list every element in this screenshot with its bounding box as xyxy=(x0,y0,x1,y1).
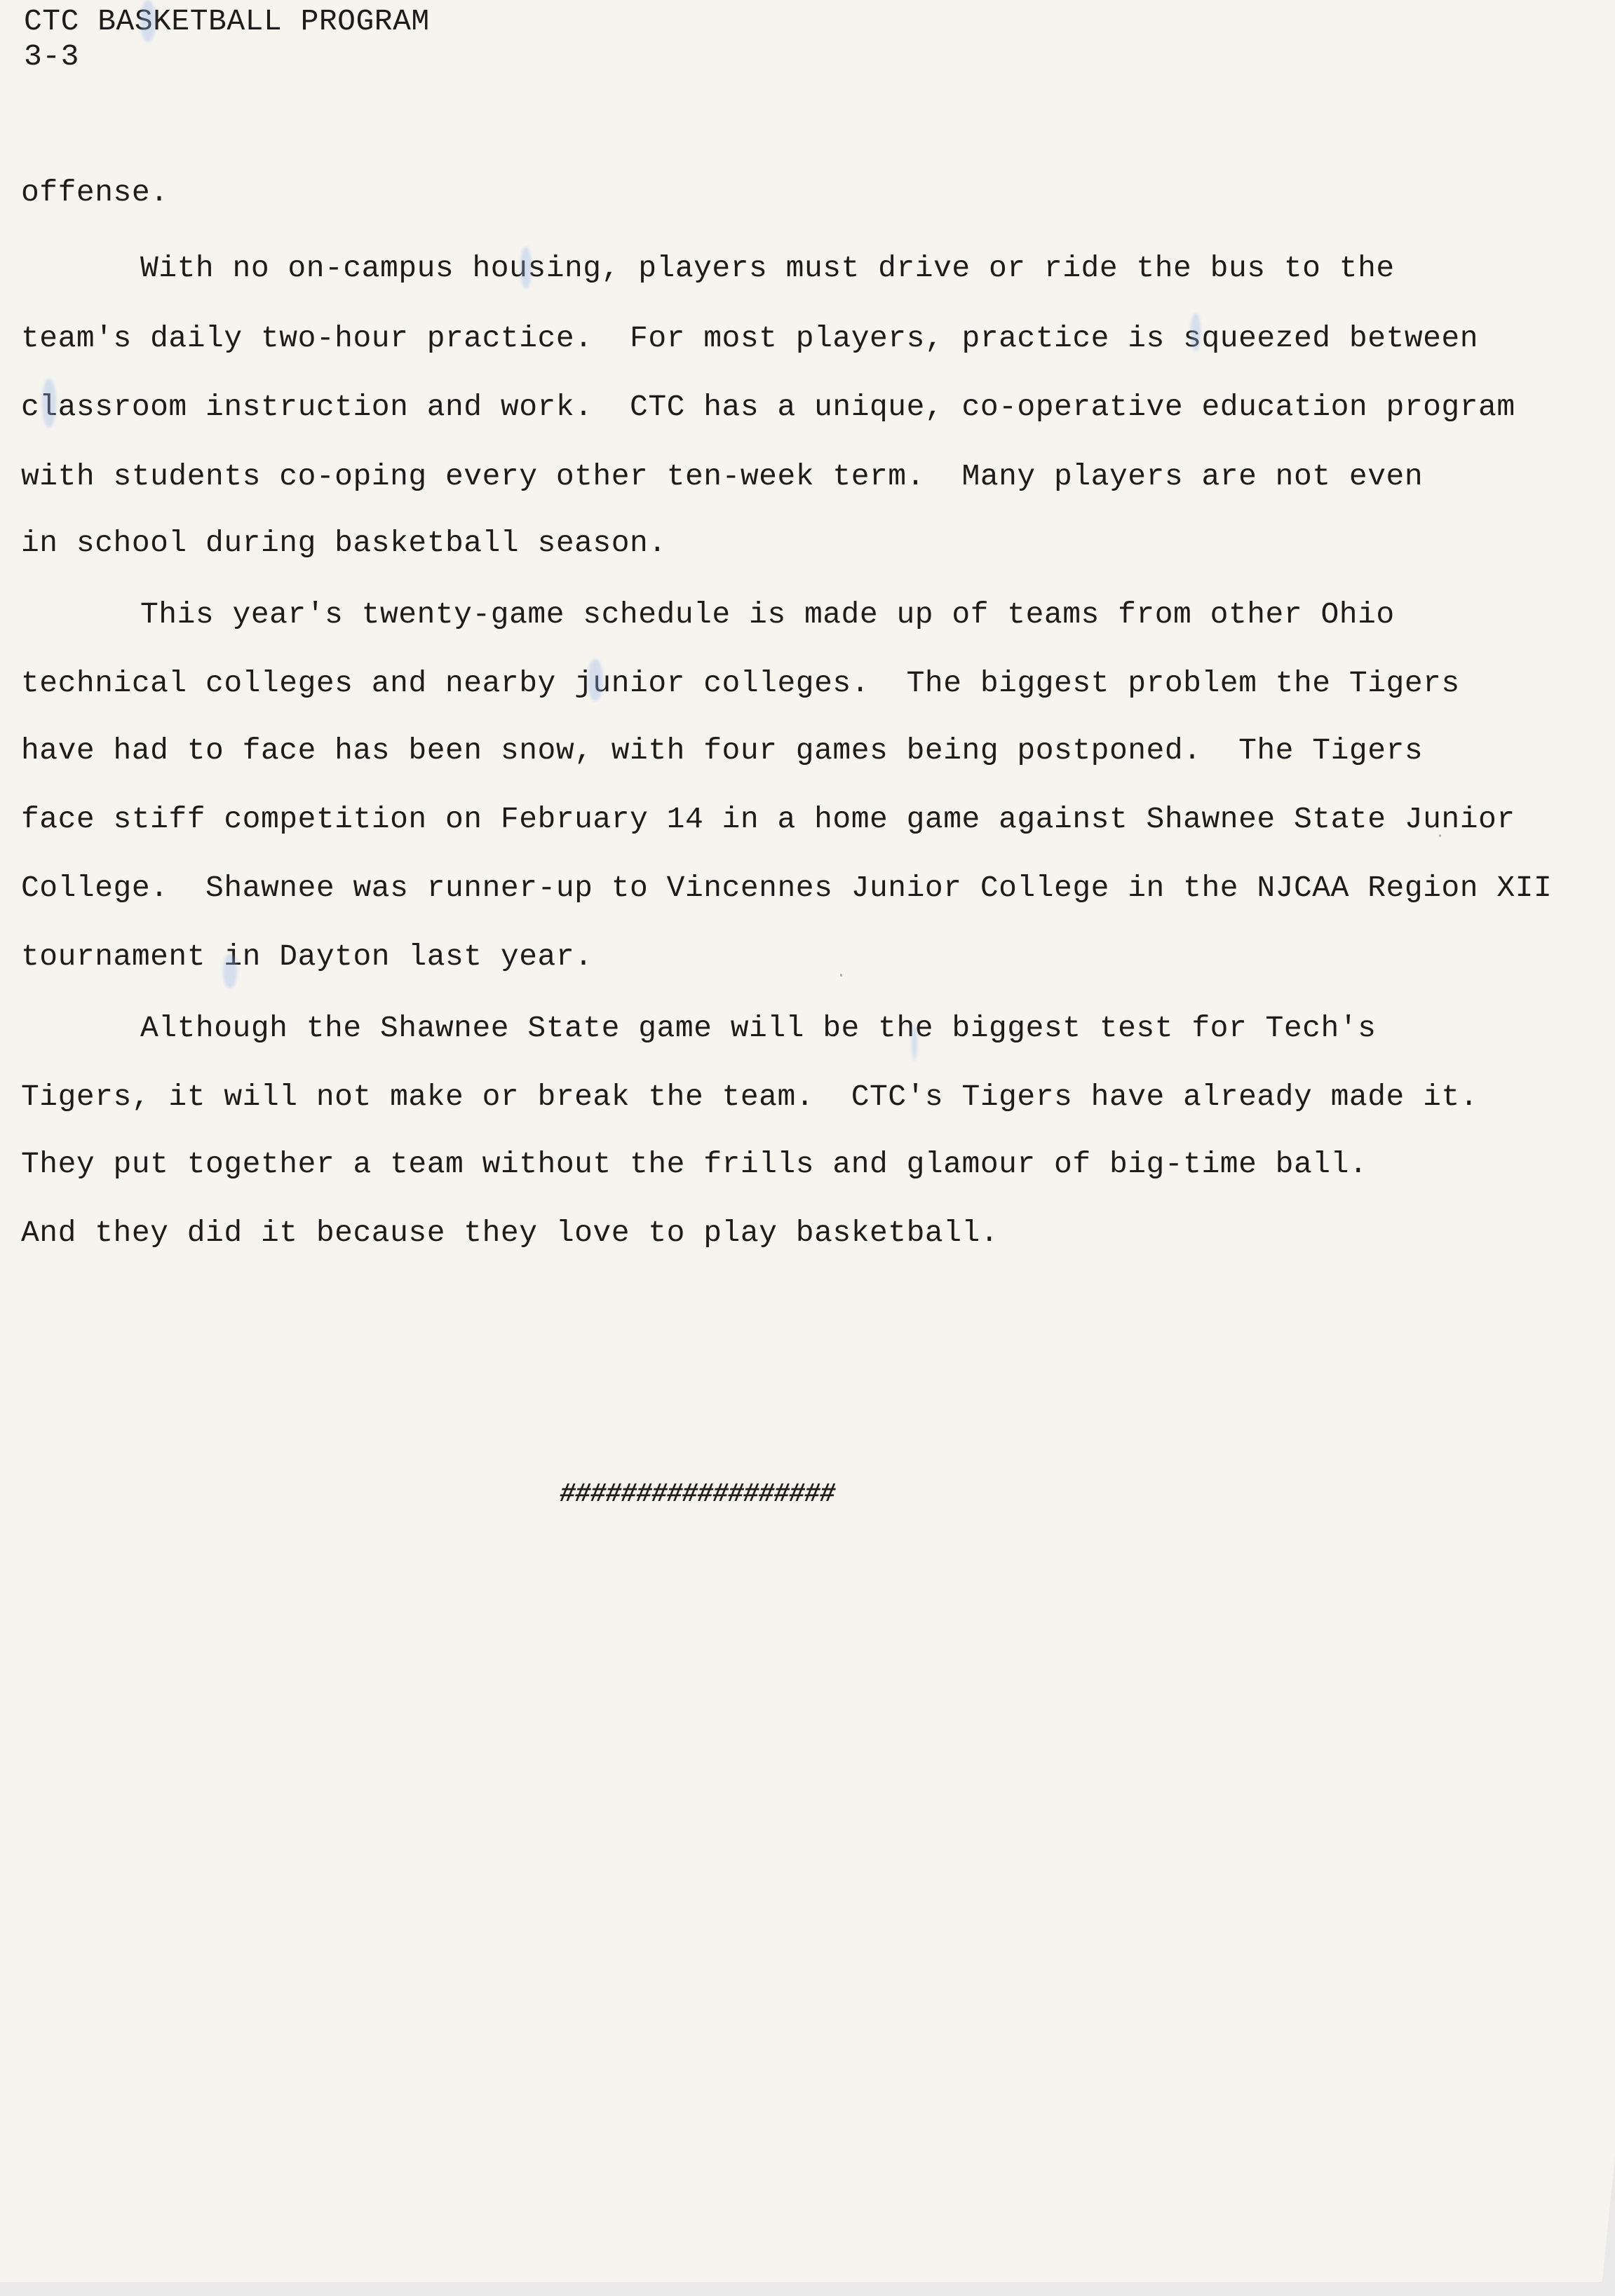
speck xyxy=(1439,834,1441,837)
body-line: classroom instruction and work. CTC has … xyxy=(21,390,1515,424)
body-line: with students co-oping every other ten-w… xyxy=(21,459,1423,494)
body-line: offense. xyxy=(21,175,168,210)
ink-spot xyxy=(1191,313,1201,351)
body-line: tournament in Dayton last year. xyxy=(21,939,593,974)
ink-spot xyxy=(140,0,156,42)
body-line: And they did it because they love to pla… xyxy=(21,1216,999,1250)
body-line: College. Shawnee was runner-up to Vincen… xyxy=(21,871,1552,905)
header-title: CTC BASKETBALL PROGRAM xyxy=(24,4,430,39)
body-line: team's daily two-hour practice. For most… xyxy=(21,321,1478,355)
body-line: have had to face has been snow, with fou… xyxy=(21,733,1423,768)
header-page-number: 3-3 xyxy=(24,39,79,74)
ink-spot xyxy=(223,953,237,989)
end-marker: ################## xyxy=(560,1479,834,1509)
ink-spot xyxy=(42,379,56,428)
body-line: Tigers, it will not make or break the te… xyxy=(21,1080,1478,1114)
ink-spot xyxy=(912,1025,917,1060)
body-line: With no on-campus housing, players must … xyxy=(140,251,1395,285)
body-line: This year's twenty-game schedule is made… xyxy=(140,597,1395,632)
ink-spot xyxy=(588,659,603,701)
body-line: in school during basketball season. xyxy=(21,526,667,560)
body-line: technical colleges and nearby junior col… xyxy=(21,666,1460,700)
typewritten-page: CTC BASKETBALL PROGRAM 3-3 offense.With … xyxy=(0,0,1615,2282)
ink-spot xyxy=(520,247,532,289)
body-line: face stiff competition on February 14 in… xyxy=(21,802,1515,836)
speck xyxy=(840,974,842,977)
body-line: Although the Shawnee State game will be … xyxy=(140,1011,1376,1045)
body-line: They put together a team without the fri… xyxy=(21,1147,1367,1181)
